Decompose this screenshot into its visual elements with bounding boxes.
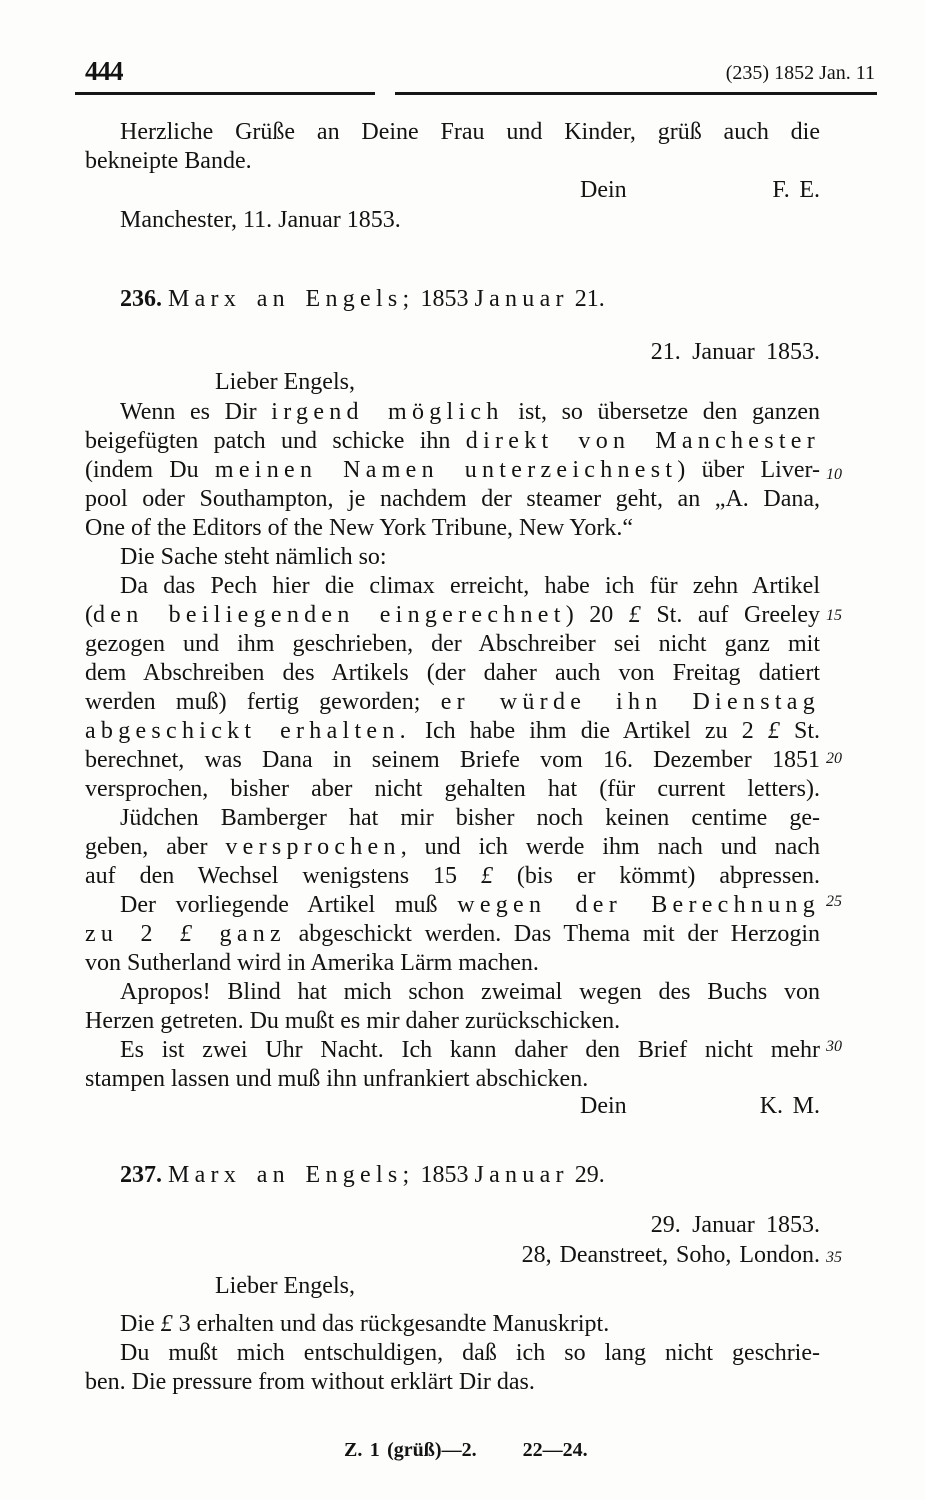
text-segment: 29. (569, 1162, 605, 1188)
text-segment: £ (180, 921, 197, 947)
text-line: Herzen getreten. Du mußt es mir daher zu… (85, 1007, 820, 1036)
margin-line-number: 25 (826, 893, 842, 911)
text-segment: berechnet, was Dana in seinem Briefe vom… (85, 747, 820, 773)
text-line: Herzliche Grüße an Deine Frau und Kinder… (85, 118, 820, 147)
text-line: werden muß) fertig geworden; er würde ih… (85, 688, 820, 717)
text-line: Da das Pech hier die climax erreicht, ha… (85, 572, 820, 601)
text-segment: £ (161, 1311, 173, 1337)
letter-235-valediction-row: Dein F. E. (85, 176, 820, 205)
text-segment: Marx an Engels; (168, 286, 414, 312)
text-segment: 3 erhalten und das rückgesandte Manuskri… (173, 1311, 610, 1337)
text-segment: werden muß) fertig geworden; (85, 689, 441, 715)
text-line: 236. Marx an Engels; 1853 Januar 21. (85, 285, 820, 314)
text-segment: £ (629, 602, 641, 628)
text-line: Der vorliegende Artikel muß wegen der Be… (85, 891, 820, 920)
text-line: 237. Marx an Engels; 1853 Januar 29. (85, 1161, 820, 1190)
text-segment: wegen der Berechnung (457, 892, 820, 918)
text-line: pool oder Southampton, je nachdem der st… (85, 485, 820, 514)
letter-236-body: Wenn es Dir irgend möglich ist, so übers… (85, 398, 820, 1094)
text-segment: 1853 (414, 286, 474, 312)
text-segment: ( (85, 602, 93, 628)
text-line: stampen lassen und muß ihn unfrankiert a… (85, 1065, 820, 1094)
text-line: zu 2 £ ganz abgeschickt werden. Das Them… (85, 920, 820, 949)
apparatus-note-range: 22—24. (523, 1439, 588, 1462)
text-segment: geben, aber (85, 834, 225, 860)
text-segment: pool oder Southampton, je nachdem der st… (85, 486, 820, 512)
text-segment: abgeschickt erhalten. (85, 718, 411, 744)
text-segment: stampen lassen und muß ihn unfrankiert a… (85, 1066, 588, 1092)
text-segment: Die Sache steht nämlich so: (120, 544, 387, 570)
valediction-text: Dein (580, 176, 627, 205)
text-segment: Da das Pech hier die climax erreicht, ha… (120, 573, 820, 599)
margin-line-number: 20 (826, 750, 842, 768)
text-segment: direkt von Manchester (466, 428, 820, 454)
text-segment: Die (120, 1311, 161, 1337)
text-line: berechnet, was Dana in seinem Briefe vom… (85, 746, 820, 775)
signature-initials: F. E. (772, 176, 820, 205)
text-segment: beigefügten patch und schicke ihn (85, 428, 466, 454)
text-segment: versprochen (225, 834, 400, 860)
letter-236-valediction-row: Dein K. M. (85, 1092, 820, 1121)
text-line: (indem Du meinen Namen unterzeichnest) ü… (85, 456, 820, 485)
text-line: auf den Wechsel wenigstens 15 £ (bis er … (85, 862, 820, 891)
letter-236-heading: 236. Marx an Engels; 1853 Januar 21. (85, 285, 820, 314)
text-segment: (bis er kömmt) abpressen. (493, 863, 820, 889)
text-segment: gezogen und ihm geschrieben, der Abschre… (85, 631, 820, 657)
page-header: 444 (235) 1852 Jan. 11 (85, 56, 875, 86)
header-rule-right (395, 92, 877, 95)
text-segment: , und ich werde ihm nach und nach (401, 834, 820, 860)
text-segment: Du mußt mich entschuldigen, daß ich so l… (120, 1340, 820, 1366)
text-segment: Januar (474, 1162, 568, 1188)
text-segment: Apropos! Blind hat mich schon zweimal we… (120, 979, 820, 1005)
margin-line-number: 15 (826, 607, 842, 625)
text-segment: St. auf Greeley (641, 602, 820, 628)
text-segment: One of the Editors of the New York Tribu… (85, 515, 633, 541)
book-page: 444 (235) 1852 Jan. 11 Herzliche Grüße a… (0, 0, 925, 1500)
text-segment: Jüdchen Bamberger hat mir bisher noch ke… (120, 805, 820, 831)
text-segment: abgeschickt werden. Das Thema mit der He… (286, 921, 820, 947)
text-line: bekneipte Bande. (85, 147, 820, 176)
letter-235-dateline: Manchester, 11. Januar 1853. (85, 206, 820, 235)
text-segment: ganz (197, 921, 286, 947)
text-segment: den beiliegenden eingerechnet (93, 602, 566, 628)
text-segment: Wenn es Dir (120, 399, 271, 425)
letter-237-salutation: Lieber Engels, (85, 1272, 820, 1301)
signature-initials: K. M. (760, 1092, 820, 1121)
text-line: One of the Editors of the New York Tribu… (85, 514, 820, 543)
text-line: Die £ 3 erhalten und das rückgesandte Ma… (85, 1310, 820, 1339)
text-line: von Sutherland wird in Amerika Lärm mach… (85, 949, 820, 978)
text-segment: Herzliche Grüße an Deine Frau und Kinder… (120, 119, 820, 145)
text-segment: Es ist zwei Uhr Nacht. Ich kann daher de… (120, 1037, 820, 1063)
text-segment: Januar (474, 286, 568, 312)
text-segment: Der vorliegende Artikel muß (120, 892, 457, 918)
text-segment: zu 2 (85, 921, 180, 947)
text-segment: meinen Namen unterzeichnest (215, 457, 677, 483)
text-line: beigefügten patch und schicke ihn direkt… (85, 427, 820, 456)
text-line: versprochen, bisher aber nicht gehalten … (85, 775, 820, 804)
letter-236-salutation: Lieber Engels, (85, 368, 820, 397)
text-line: Es ist zwei Uhr Nacht. Ich kann daher de… (85, 1036, 820, 1065)
text-line: dem Abschreiben des Artikels (der daher … (85, 659, 820, 688)
text-segment: ist, so übersetze den ganzen (504, 399, 820, 425)
margin-line-number: 10 (826, 466, 842, 484)
text-line: ben. Die pressure from without erklärt D… (85, 1368, 820, 1397)
text-segment: 1853 (414, 1162, 474, 1188)
text-segment: versprochen, bisher aber nicht gehalten … (85, 776, 820, 802)
apparatus-footnote: Z. 1 (grüß)—2. 22—24. (344, 1439, 588, 1462)
text-segment: 237. (120, 1162, 162, 1188)
text-segment: (indem Du (85, 457, 215, 483)
letter-235-closing-paragraph: Herzliche Grüße an Deine Frau und Kinder… (85, 118, 820, 176)
text-line: geben, aber versprochen, und ich werde i… (85, 833, 820, 862)
text-line: abgeschickt erhalten. Ich habe ihm die A… (85, 717, 820, 746)
letter-237-heading: 237. Marx an Engels; 1853 Januar 29. (85, 1161, 820, 1190)
margin-line-number: 30 (826, 1038, 842, 1056)
letter-237-body: Die £ 3 erhalten und das rückgesandte Ma… (85, 1310, 820, 1397)
running-head: (235) 1852 Jan. 11 (726, 60, 875, 86)
text-segment: von Sutherland wird in Amerika Lärm mach… (85, 950, 539, 976)
text-segment: er würde ihn Dienstag (441, 689, 820, 715)
text-segment: ben. Die pressure from without erklärt D… (85, 1369, 535, 1395)
text-segment: St. (780, 718, 820, 744)
text-segment: dem Abschreiben des Artikels (der daher … (85, 660, 820, 686)
text-segment: £ (768, 718, 780, 744)
text-segment: ) über Liver- (677, 457, 820, 483)
text-segment: £ (481, 863, 493, 889)
text-line: Wenn es Dir irgend möglich ist, so übers… (85, 398, 820, 427)
apparatus-note-siglum: Z. 1 (grüß)—2. (344, 1439, 477, 1462)
text-segment: irgend möglich (271, 399, 503, 425)
text-segment: 21. (569, 286, 605, 312)
letter-237-address: 28, Deanstreet, Soho, London. (85, 1241, 860, 1270)
text-line: Apropos! Blind hat mich schon zweimal we… (85, 978, 820, 1007)
margin-line-number: 35 (826, 1249, 842, 1267)
text-segment: ) 20 (566, 602, 629, 628)
text-line: Du mußt mich entschuldigen, daß ich so l… (85, 1339, 820, 1368)
text-line: (den beiliegenden eingerechnet) 20 £ St.… (85, 601, 820, 630)
text-segment: Ich habe ihm die Artikel zu 2 (411, 718, 768, 744)
page-number: 444 (85, 56, 123, 86)
letter-236-dateline: 21. Januar 1853. (85, 338, 857, 367)
header-rule-left (75, 92, 375, 95)
text-segment: bekneipte Bande. (85, 148, 252, 174)
text-segment: Marx an Engels; (168, 1162, 414, 1188)
text-segment: Herzen getreten. Du mußt es mir daher zu… (85, 1008, 620, 1034)
letter-237-dateline: 29. Januar 1853. (85, 1211, 917, 1240)
text-line: Die Sache steht nämlich so: (85, 543, 820, 572)
text-segment: auf den Wechsel wenigstens 15 (85, 863, 481, 889)
text-segment: 236. (120, 286, 162, 312)
valediction-text: Dein (580, 1092, 627, 1121)
text-line: Jüdchen Bamberger hat mir bisher noch ke… (85, 804, 820, 833)
text-line: gezogen und ihm geschrieben, der Abschre… (85, 630, 820, 659)
